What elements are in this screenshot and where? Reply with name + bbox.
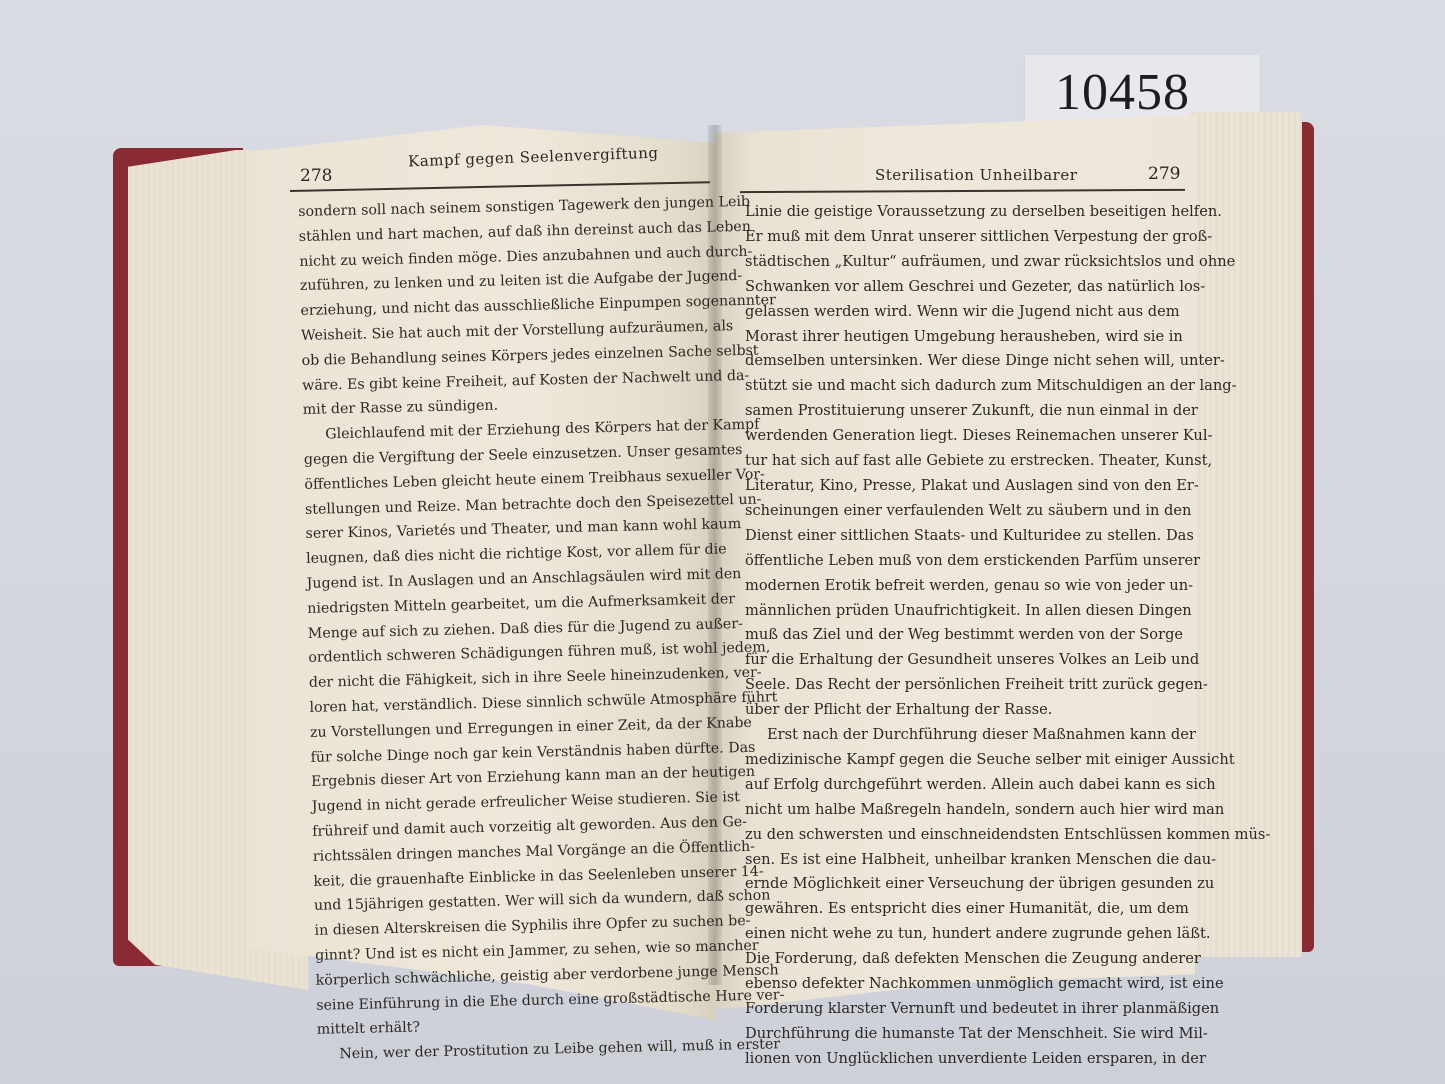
text-line: Er muß mit dem Unrat unserer sittlichen … bbox=[745, 225, 1270, 250]
text-line: Erst nach der Durchführung dieser Maßnah… bbox=[745, 723, 1270, 748]
text-line: Forderung klarster Vernunft und bedeutet… bbox=[745, 997, 1270, 1022]
text-line: werdenden Generation liegt. Dieses Reine… bbox=[745, 424, 1270, 449]
text-line: lionen von Unglücklichen unverdiente Lei… bbox=[745, 1047, 1270, 1072]
text-line: für die Erhaltung der Gesundheit unseres… bbox=[745, 648, 1270, 673]
text-line: auf Erfolg durchgeführt werden. Allein a… bbox=[745, 773, 1270, 798]
text-line: samen Prostituierung unserer Zukunft, di… bbox=[745, 399, 1270, 424]
text-line: Seele. Das Recht der persönlichen Freihe… bbox=[745, 673, 1270, 698]
right-page-number: 279 bbox=[1148, 164, 1180, 184]
text-line: gelassen werden wird. Wenn wir die Jugen… bbox=[745, 300, 1270, 325]
text-line: Dienst einer sittlichen Staats- und Kult… bbox=[745, 524, 1270, 549]
text-line: gewähren. Es entspricht dies einer Human… bbox=[745, 897, 1270, 922]
right-page-body: Linie die geistige Voraussetzung zu ders… bbox=[745, 200, 1270, 1072]
text-line: medizinische Kampf gegen die Seuche selb… bbox=[745, 748, 1270, 773]
text-line: sen. Es ist eine Halbheit, unheilbar kra… bbox=[745, 848, 1270, 873]
text-line: muß das Ziel und der Weg bestimmt werden… bbox=[745, 623, 1270, 648]
text-line: männlichen prüden Unaufrichtigkeit. In a… bbox=[745, 599, 1270, 624]
text-line: Literatur, Kino, Presse, Plakat und Ausl… bbox=[745, 474, 1270, 499]
text-line: ernde Möglichkeit einer Verseuchung der … bbox=[745, 872, 1270, 897]
text-line: zu den schwersten und einschneidendsten … bbox=[745, 823, 1270, 848]
inventory-number: 10458 bbox=[1055, 63, 1190, 122]
right-running-head: Sterilisation Unheilbarer bbox=[875, 166, 1077, 184]
text-line: Linie die geistige Voraussetzung zu ders… bbox=[745, 200, 1270, 225]
text-line: modernen Erotik befreit werden, genau so… bbox=[745, 574, 1270, 599]
text-line: scheinungen einer verfaulenden Welt zu s… bbox=[745, 499, 1270, 524]
text-line: Morast ihrer heutigen Umgebung herausheb… bbox=[745, 325, 1270, 350]
text-line: öffentliche Leben muß von dem erstickend… bbox=[745, 549, 1270, 574]
left-page-number: 278 bbox=[300, 166, 332, 186]
left-page-body: sondern soll nach seinem sonstigen Tagew… bbox=[298, 189, 793, 1067]
text-line: nicht um halbe Maßregeln handeln, sonder… bbox=[745, 798, 1270, 823]
text-line: Schwanken vor allem Geschrei und Gezeter… bbox=[745, 275, 1270, 300]
text-line: städtischen „Kultur“ aufräumen, und zwar… bbox=[745, 250, 1270, 275]
text-line: einen nicht wehe zu tun, hundert andere … bbox=[745, 922, 1270, 947]
text-line: stützt sie und macht sich dadurch zum Mi… bbox=[745, 374, 1270, 399]
text-line: demselben untersinken. Wer diese Dinge n… bbox=[745, 349, 1270, 374]
text-line: ebenso defekter Nachkommen unmöglich gem… bbox=[745, 972, 1270, 997]
text-line: tur hat sich auf fast alle Gebiete zu er… bbox=[745, 449, 1270, 474]
text-line: Durchführung die humanste Tat der Mensch… bbox=[745, 1022, 1270, 1047]
text-line: über der Pflicht der Erhaltung der Rasse… bbox=[745, 698, 1270, 723]
text-line: Die Forderung, daß defekten Menschen die… bbox=[745, 947, 1270, 972]
